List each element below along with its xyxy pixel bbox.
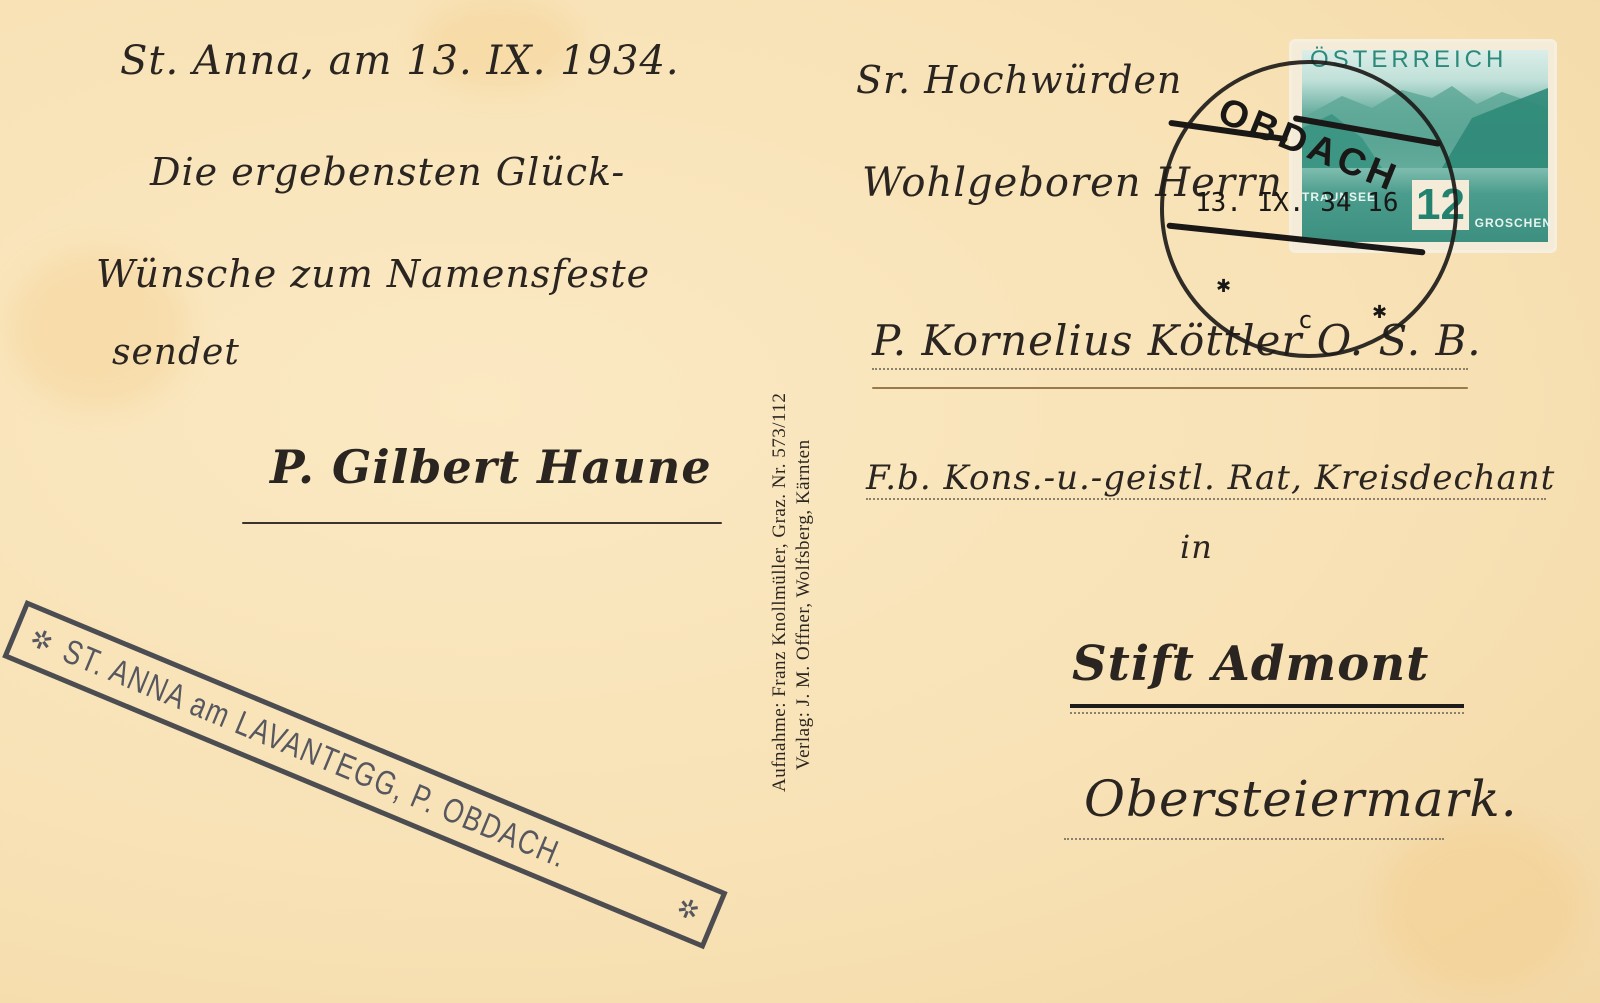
imprint-publisher: Verlag: J. M. Offner, Wolfsberg, Kärnten <box>792 393 816 792</box>
postmark-date: 13. IX. 34 16 <box>1195 188 1399 218</box>
age-stain <box>1380 820 1580 990</box>
postmark-star-icon: ✱ <box>1216 276 1231 297</box>
postcard-back: St. Anna, am 13. IX. 1934. Die ergebenst… <box>0 0 1600 1003</box>
postmark-star-icon: ✱ <box>1372 302 1387 323</box>
address-line-1: Sr. Hochwürden <box>856 58 1182 102</box>
postmark-letter: c <box>1298 306 1312 334</box>
address-region: Obersteiermark. <box>1084 770 1518 828</box>
address-place: Stift Admont <box>1072 636 1429 692</box>
address-title: F.b. Kons.-u.-geistl. Rat, Kreisdechant <box>866 458 1555 498</box>
address-dotted-line <box>866 498 1546 500</box>
address-in: in <box>1180 528 1213 566</box>
place-date-line: St. Anna, am 13. IX. 1934. <box>120 38 680 84</box>
imprint-photo-credit: Aufnahme: Franz Knollmüller, Graz. Nr. 5… <box>768 393 792 792</box>
message-line-1: Die ergebensten Glück- <box>150 150 625 194</box>
message-line-2: Wünsche zum Namensfeste <box>96 252 650 296</box>
address-place-underline <box>1070 704 1464 708</box>
address-dotted-line <box>1070 712 1464 714</box>
address-underline <box>872 387 1468 389</box>
address-dotted-line <box>1064 838 1444 840</box>
parish-cachet: ✲ ST. ANNA am LAVANTEGG, P. OBDACH. ✲ <box>2 600 727 949</box>
edelweiss-icon: ✲ <box>672 891 704 928</box>
cachet-text: ST. ANNA am LAVANTEGG, P. OBDACH. <box>57 632 573 876</box>
edelweiss-icon: ✲ <box>26 622 58 659</box>
message-line-3: sendet <box>112 332 240 373</box>
signature: P. Gilbert Haune <box>270 440 712 494</box>
publisher-imprint: Aufnahme: Franz Knollmüller, Graz. Nr. 5… <box>768 393 816 792</box>
address-dotted-line <box>872 368 1468 370</box>
stamp-currency: GROSCHEN <box>1475 216 1552 230</box>
signature-flourish <box>242 522 722 524</box>
